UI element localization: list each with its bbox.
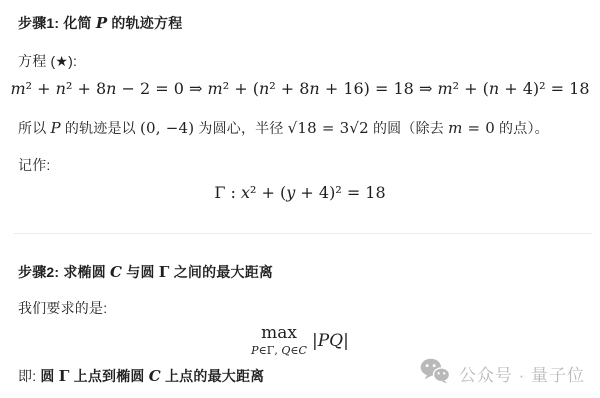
max-argument: |PQ| <box>312 331 349 351</box>
watermark-label: 公众号 · 量子位 <box>459 361 585 386</box>
step2-heading: 步骤2: 求椭圆 C 与圆 Γ 之间的最大距离 <box>18 262 273 282</box>
math-var-Gamma: Γ <box>159 263 170 281</box>
step1-heading-text2: 的轨迹方程 <box>107 15 182 31</box>
conclusion-bold-text-3: 上点的最大距离 <box>161 368 265 384</box>
conclusion-text-3: 为圆心，半径 <box>194 120 287 136</box>
conclusion-text-2: 的轨迹是以 <box>61 120 140 136</box>
math-var-Gamma2: Γ <box>59 367 70 385</box>
conclusion-text-5: 的点）。 <box>495 120 549 136</box>
conclusion-bold-text-1: 圆 <box>40 368 58 384</box>
conclusion-prefix: 即: <box>18 368 40 384</box>
math-var-P: P <box>96 14 107 32</box>
step2-heading-text: 步骤2: 求椭圆 <box>18 264 110 280</box>
goal-label: 我们要求的是: <box>18 298 107 318</box>
math-var-P2: P <box>51 119 61 137</box>
conclusion-text-1: 所以 <box>18 120 51 136</box>
step1-heading: 步骤1: 化简 P 的轨迹方程 <box>18 13 182 33</box>
gamma-circle-equation: Γ : x² + (y + 4)² = 18 <box>0 183 600 202</box>
math-var-C: C <box>110 263 122 281</box>
step2-heading-text2: 与圆 <box>122 264 159 280</box>
step2-conclusion: 即: 圆 Γ 上点到椭圆 C 上点的最大距离 <box>18 366 264 386</box>
step2-heading-text3: 之间的最大距离 <box>170 264 274 280</box>
section-divider <box>14 233 592 234</box>
math-var-C2: C <box>149 367 161 385</box>
conclusion-bold-part: 圆 Γ 上点到椭圆 C 上点的最大距离 <box>40 368 264 384</box>
math-radius: √18 = 3√2 <box>288 119 369 137</box>
equation-star-label: 方程 (★): <box>18 51 77 71</box>
conclusion-text-4: 的圆（除去 <box>369 120 448 136</box>
wechat-icon <box>420 358 450 389</box>
trajectory-equation: m² + n² + 8n − 2 = 0 ⇒ m² + (n² + 8n + 1… <box>0 79 600 98</box>
denote-label: 记作: <box>18 155 51 175</box>
conclusion-bold-text-2: 上点到椭圆 <box>70 368 149 384</box>
max-formula-row: max P∈Γ, Q∈C |PQ| <box>0 325 600 356</box>
math-center-point: (0, −4) <box>140 119 194 137</box>
max-operator: max <box>261 325 297 342</box>
step1-heading-text: 步骤1: 化简 <box>18 15 96 31</box>
max-subscript: P∈Γ, Q∈C <box>251 345 307 356</box>
math-solution-page: { "step1": { "heading": ["步骤1: 化简 ", "P"… <box>0 0 600 398</box>
watermark: 公众号 · 量子位 <box>420 358 585 389</box>
max-formula: max P∈Γ, Q∈C |PQ| <box>251 325 349 356</box>
step1-conclusion: 所以 P 的轨迹是以 (0, −4) 为圆心，半径 √18 = 3√2 的圆（除… <box>18 118 549 138</box>
math-m-zero: m = 0 <box>448 119 495 137</box>
max-operator-column: max P∈Γ, Q∈C <box>251 325 307 356</box>
